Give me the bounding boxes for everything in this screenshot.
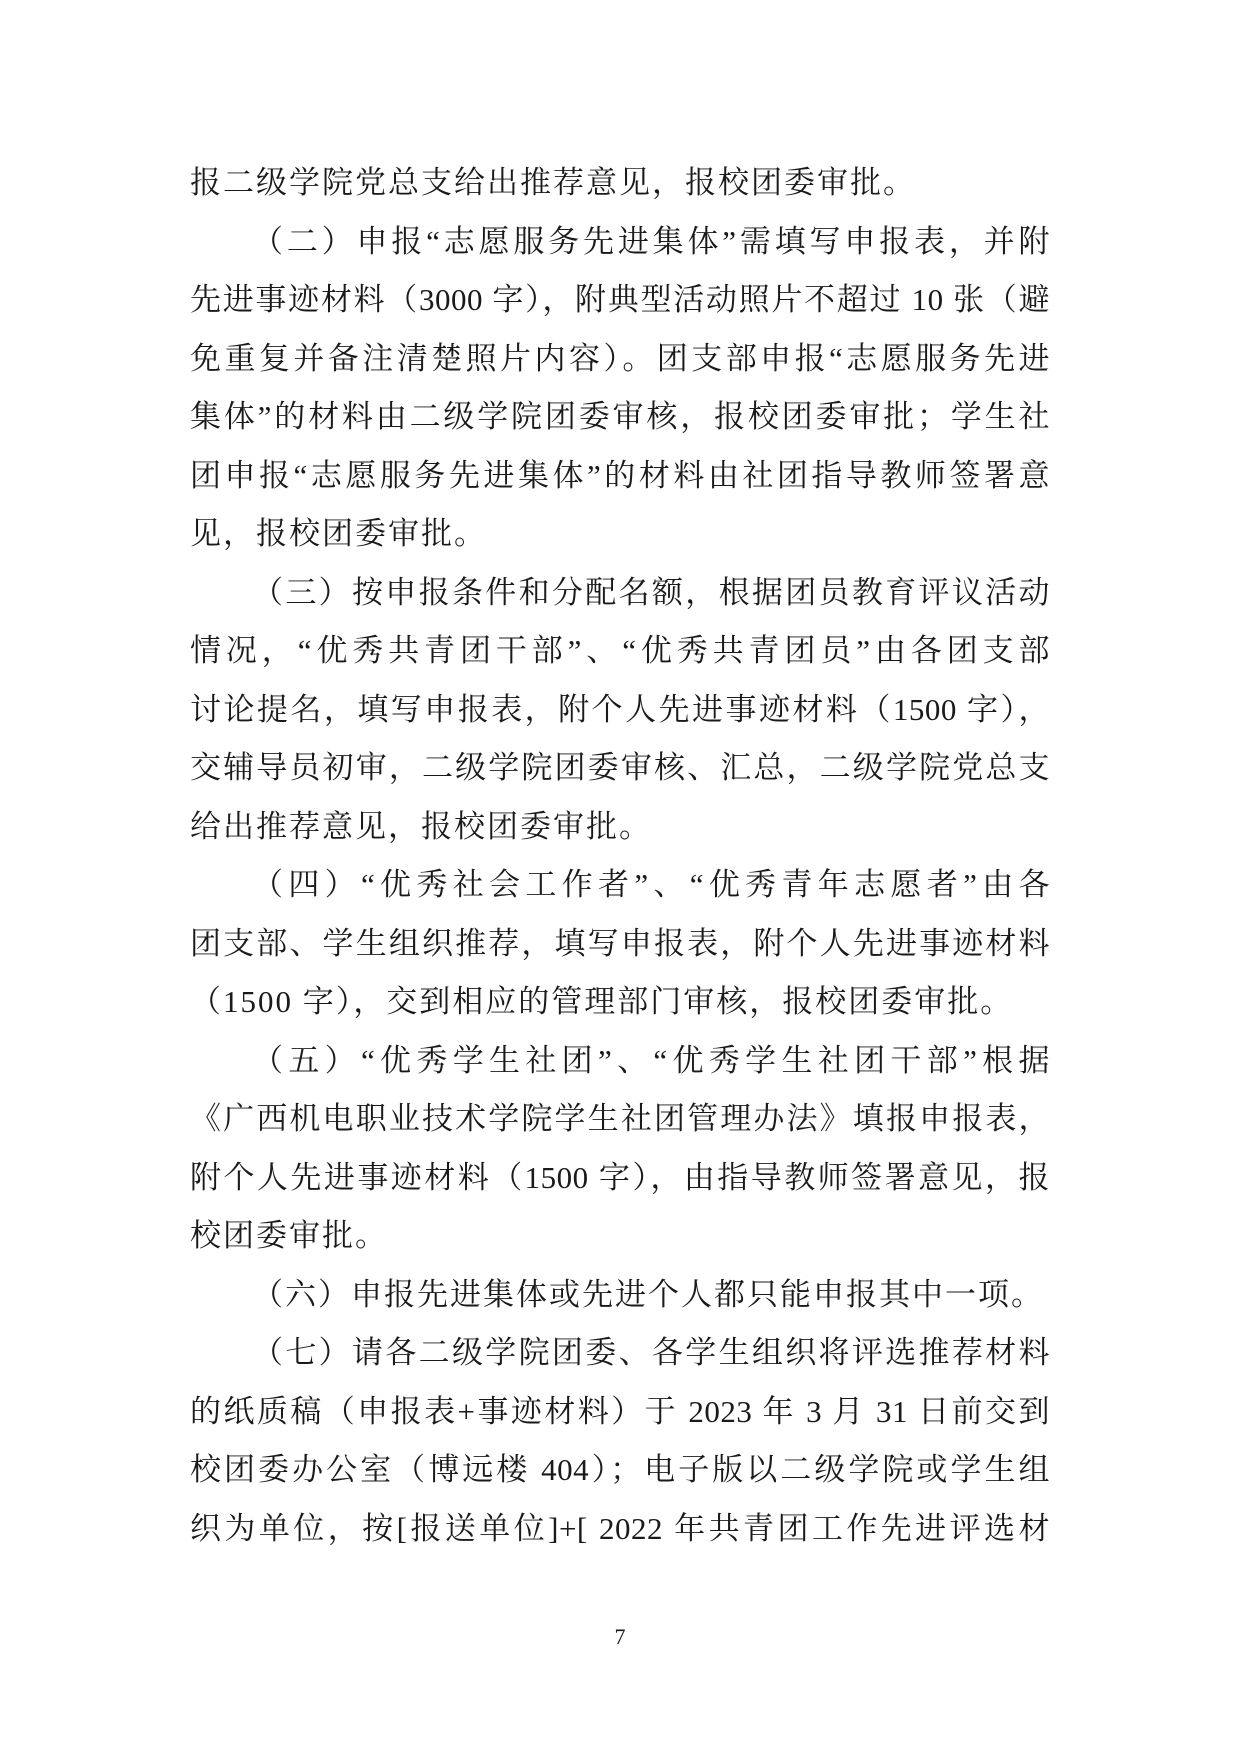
text-line: 附个人先进事迹材料（1500 字），由指导教师签署意见，报	[190, 1149, 1050, 1208]
text-line: 情况，“优秀共青团干部”、“优秀共青团员”由各团支部	[190, 622, 1050, 681]
text-line: 《广西机电职业技术学院学生社团管理办法》填报申报表，	[190, 1090, 1050, 1149]
text-line: 团支部、学生组织推荐，填写申报表，附个人先进事迹材料	[190, 915, 1050, 974]
text-line: 校团委办公室（博远楼 404）；电子版以二级学院或学生组	[190, 1441, 1050, 1500]
text-line: （七）请各二级学院团委、各学生组织将评选推荐材料	[190, 1324, 1050, 1383]
text-line: 先进事迹材料（3000 字），附典型活动照片不超过 10 张（避	[190, 271, 1050, 330]
text-line: 的纸质稿（申报表+事迹材料）于 2023 年 3 月 31 日前交到	[190, 1383, 1050, 1442]
text-line: 报二级学院党总支给出推荐意见，报校团委审批。	[190, 154, 1050, 213]
text-line: （1500 字），交到相应的管理部门审核，报校团委审批。	[190, 973, 1050, 1032]
text-line: 免重复并备注清楚照片内容）。团支部申报“志愿服务先进	[190, 330, 1050, 389]
text-line: 见，报校团委审批。	[190, 505, 1050, 564]
text-line: 校团委审批。	[190, 1207, 1050, 1266]
text-line: （四）“优秀社会工作者”、“优秀青年志愿者”由各	[190, 856, 1050, 915]
text-line: （六）申报先进集体或先进个人都只能申报其中一项。	[190, 1266, 1050, 1325]
document-page: 报二级学院党总支给出推荐意见，报校团委审批。（二）申报“志愿服务先进集体”需填写…	[0, 0, 1240, 1753]
text-body: 报二级学院党总支给出推荐意见，报校团委审批。（二）申报“志愿服务先进集体”需填写…	[190, 154, 1050, 1558]
text-line: 集体”的材料由二级学院团委审核，报校团委审批；学生社	[190, 388, 1050, 447]
text-line: 给出推荐意见，报校团委审批。	[190, 798, 1050, 857]
page-number: 7	[0, 1624, 1240, 1650]
text-line: 团申报“志愿服务先进集体”的材料由社团指导教师签署意	[190, 447, 1050, 506]
text-line: 织为单位，按[报送单位]+[ 2022 年共青团工作先进评选材	[190, 1500, 1050, 1559]
text-line: 交辅导员初审，二级学院团委审核、汇总，二级学院党总支	[190, 739, 1050, 798]
text-line: （五）“优秀学生社团”、“优秀学生社团干部”根据	[190, 1032, 1050, 1091]
text-line: （二）申报“志愿服务先进集体”需填写申报表，并附	[190, 213, 1050, 272]
text-line: 讨论提名，填写申报表，附个人先进事迹材料（1500 字），	[190, 681, 1050, 740]
text-line: （三）按申报条件和分配名额，根据团员教育评议活动	[190, 564, 1050, 623]
